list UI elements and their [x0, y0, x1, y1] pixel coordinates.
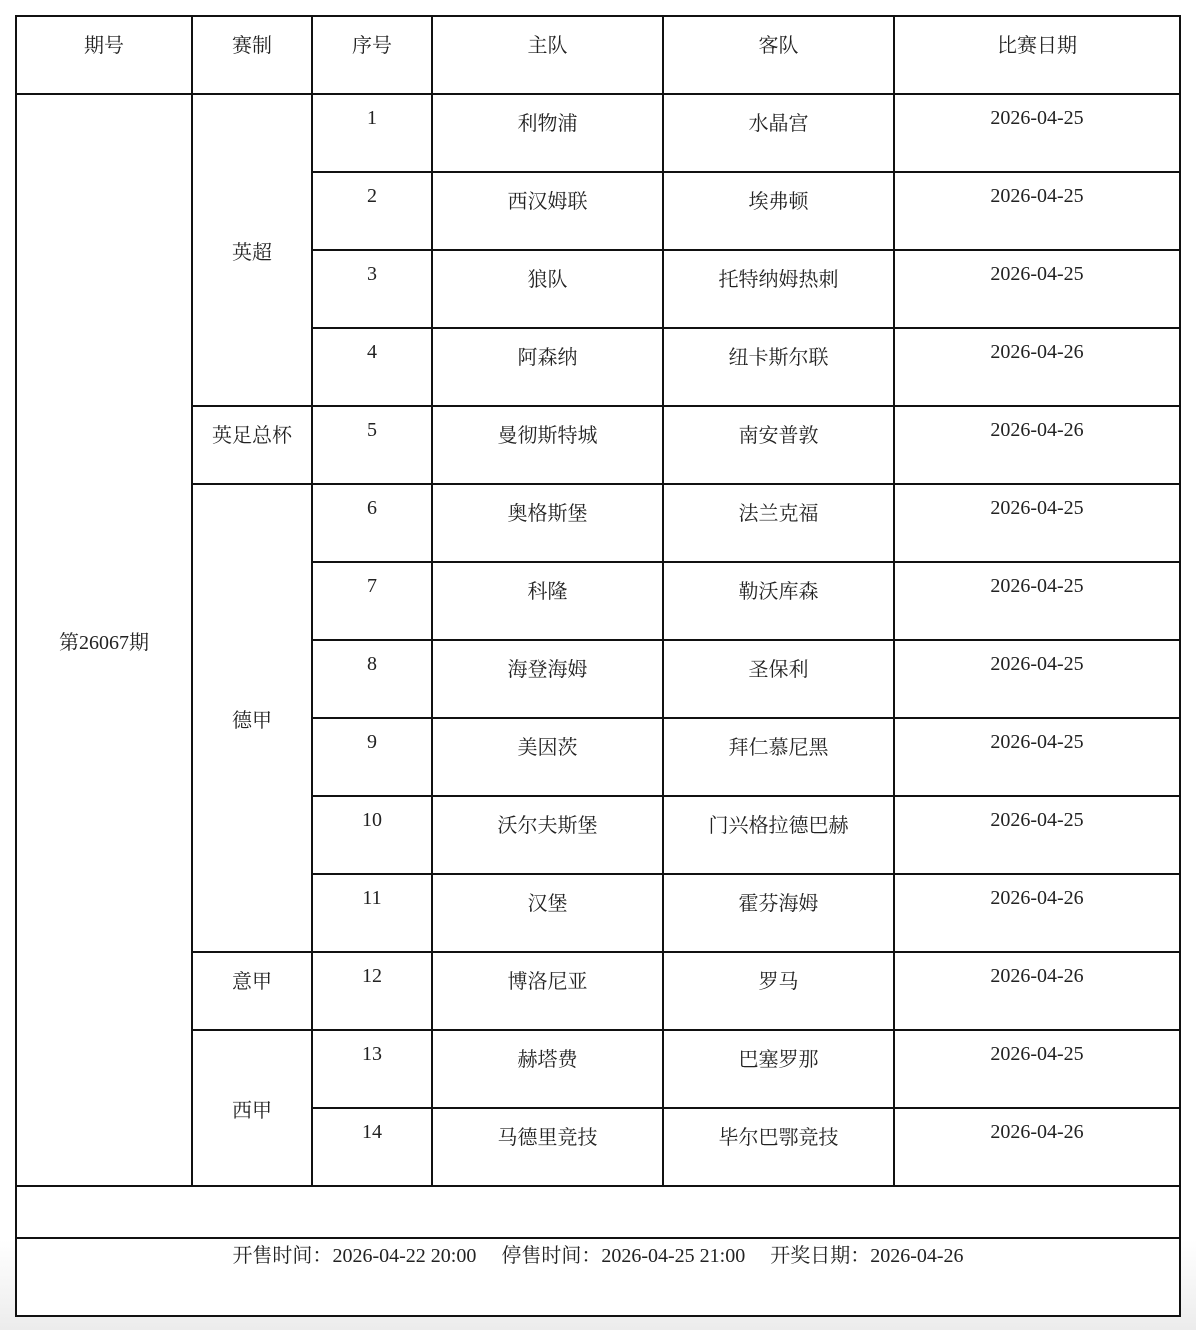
away-team: 圣保利	[663, 640, 894, 718]
sale-start-value: 2026-04-22 20:00	[332, 1245, 476, 1267]
sale-stop-label: 停售时间：	[501, 1245, 601, 1267]
away-team: 毕尔巴鄂竞技	[663, 1108, 894, 1186]
home-team: 汉堡	[432, 874, 663, 952]
match-number: 9	[312, 718, 432, 796]
home-team: 狼队	[432, 250, 663, 328]
away-team: 纽卡斯尔联	[663, 328, 894, 406]
away-team: 埃弗顿	[663, 172, 894, 250]
home-team: 曼彻斯特城	[432, 406, 663, 484]
home-team: 沃尔夫斯堡	[432, 796, 663, 874]
home-team: 阿森纳	[432, 328, 663, 406]
sale-info-cell: 开售时间：2026-04-22 20:00 停售时间：2026-04-25 21…	[16, 1238, 1180, 1316]
away-team: 罗马	[663, 952, 894, 1030]
match-date: 2026-04-26	[894, 328, 1180, 406]
match-date: 2026-04-26	[894, 874, 1180, 952]
match-date: 2026-04-25	[894, 796, 1180, 874]
away-team: 南安普敦	[663, 406, 894, 484]
header-issue: 期号	[16, 16, 192, 94]
draw-date-label: 开奖日期：	[770, 1245, 870, 1267]
match-date: 2026-04-25	[894, 640, 1180, 718]
match-number: 13	[312, 1030, 432, 1108]
header-home-team: 主队	[432, 16, 663, 94]
spacer-row	[16, 1186, 1180, 1238]
match-schedule-table: 期号 赛制 序号 主队 客队 比赛日期 第26067期 英超 1 利物浦 水晶宫…	[15, 15, 1181, 1317]
match-date: 2026-04-26	[894, 406, 1180, 484]
header-row: 期号 赛制 序号 主队 客队 比赛日期	[16, 16, 1180, 94]
table-row: 第26067期 英超 1 利物浦 水晶宫 2026-04-25	[16, 94, 1180, 172]
header-match-date: 比赛日期	[894, 16, 1180, 94]
sale-info-line: 开售时间：2026-04-22 20:00 停售时间：2026-04-25 21…	[17, 1239, 1179, 1268]
match-number: 3	[312, 250, 432, 328]
away-team: 霍芬海姆	[663, 874, 894, 952]
empty-cell	[16, 1186, 1180, 1238]
match-date: 2026-04-25	[894, 1030, 1180, 1108]
sale-start-label: 开售时间：	[232, 1245, 332, 1267]
league-cell: 英足总杯	[192, 406, 312, 484]
match-number: 11	[312, 874, 432, 952]
away-team: 门兴格拉德巴赫	[663, 796, 894, 874]
home-team: 西汉姆联	[432, 172, 663, 250]
away-team: 托特纳姆热刺	[663, 250, 894, 328]
match-number: 14	[312, 1108, 432, 1186]
match-date: 2026-04-25	[894, 94, 1180, 172]
home-team: 美因茨	[432, 718, 663, 796]
away-team: 水晶宫	[663, 94, 894, 172]
match-date: 2026-04-25	[894, 172, 1180, 250]
match-date: 2026-04-25	[894, 484, 1180, 562]
header-league: 赛制	[192, 16, 312, 94]
home-team: 赫塔费	[432, 1030, 663, 1108]
sale-stop-value: 2026-04-25 21:00	[601, 1245, 745, 1267]
league-cell: 德甲	[192, 484, 312, 952]
sale-stop: 停售时间：2026-04-25 21:00	[501, 1245, 745, 1267]
match-number: 2	[312, 172, 432, 250]
home-team: 利物浦	[432, 94, 663, 172]
home-team: 海登海姆	[432, 640, 663, 718]
match-number: 1	[312, 94, 432, 172]
away-team: 法兰克福	[663, 484, 894, 562]
match-number: 5	[312, 406, 432, 484]
match-number: 6	[312, 484, 432, 562]
draw-date-value: 2026-04-26	[870, 1245, 963, 1267]
header-away-team: 客队	[663, 16, 894, 94]
sale-start: 开售时间：2026-04-22 20:00	[232, 1245, 476, 1267]
away-team: 巴塞罗那	[663, 1030, 894, 1108]
draw-date: 开奖日期：2026-04-26	[770, 1245, 963, 1267]
away-team: 勒沃库森	[663, 562, 894, 640]
away-team: 拜仁慕尼黑	[663, 718, 894, 796]
match-date: 2026-04-25	[894, 718, 1180, 796]
home-team: 博洛尼亚	[432, 952, 663, 1030]
match-number: 7	[312, 562, 432, 640]
home-team: 奥格斯堡	[432, 484, 663, 562]
match-number: 12	[312, 952, 432, 1030]
match-date: 2026-04-26	[894, 952, 1180, 1030]
match-number: 8	[312, 640, 432, 718]
league-cell: 英超	[192, 94, 312, 406]
league-cell: 意甲	[192, 952, 312, 1030]
home-team: 马德里竞技	[432, 1108, 663, 1186]
match-date: 2026-04-26	[894, 1108, 1180, 1186]
issue-number: 第26067期	[16, 94, 192, 1186]
header-number: 序号	[312, 16, 432, 94]
home-team: 科隆	[432, 562, 663, 640]
match-date: 2026-04-25	[894, 250, 1180, 328]
lottery-schedule-sheet: 期号 赛制 序号 主队 客队 比赛日期 第26067期 英超 1 利物浦 水晶宫…	[15, 15, 1179, 1317]
league-cell: 西甲	[192, 1030, 312, 1186]
footer-row: 开售时间：2026-04-22 20:00 停售时间：2026-04-25 21…	[16, 1238, 1180, 1316]
match-date: 2026-04-25	[894, 562, 1180, 640]
match-number: 4	[312, 328, 432, 406]
match-number: 10	[312, 796, 432, 874]
